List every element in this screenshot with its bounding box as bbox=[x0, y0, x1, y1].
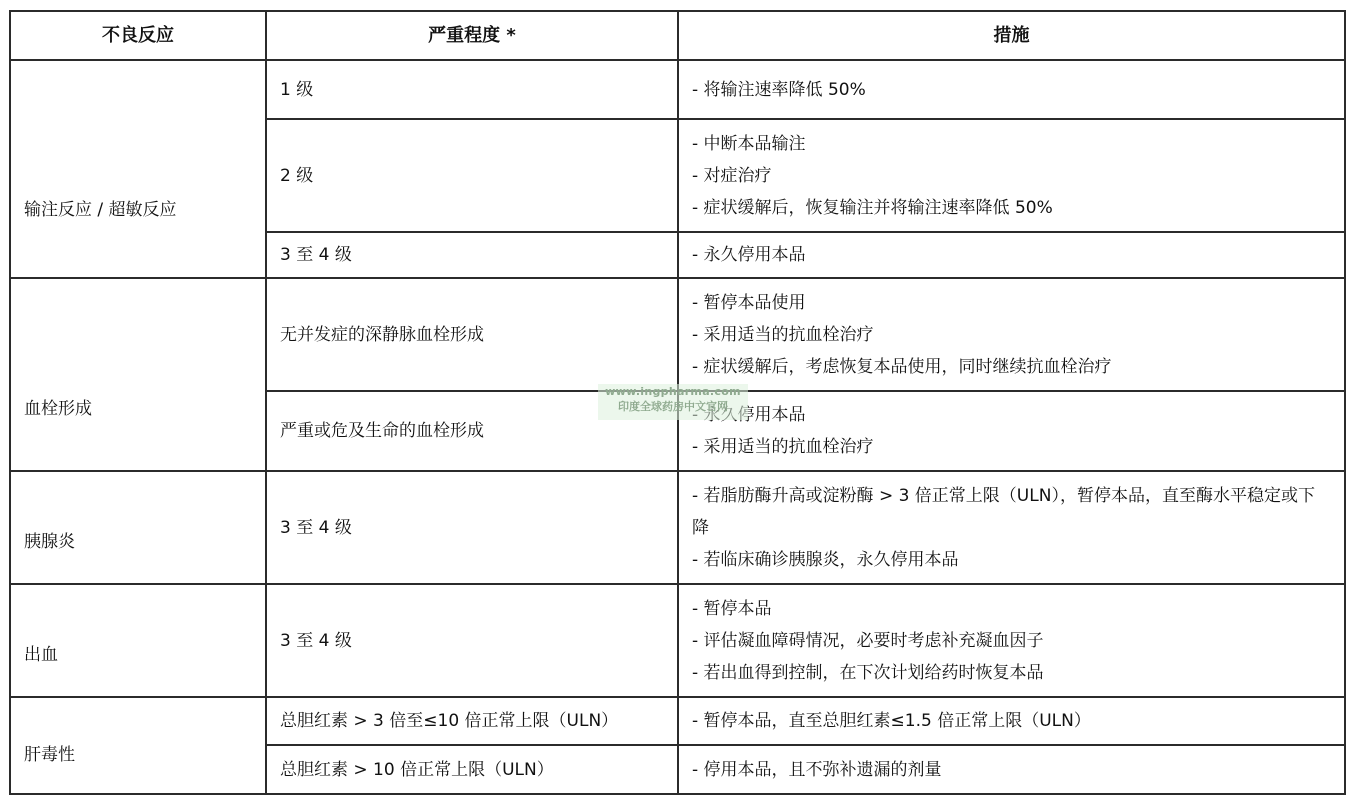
reaction-cell: 输注反应 / 超敏反应 bbox=[10, 60, 266, 278]
table-row: 肝毒性 总胆红素 > 3 倍至≤10 倍正常上限（ULN） - 暂停本品，直至总… bbox=[10, 697, 1345, 745]
reaction-label: 出血 bbox=[24, 639, 252, 671]
action-line: - 暂停本品，直至总胆红素≤1.5 倍正常上限（ULN） bbox=[692, 705, 1331, 737]
action-line: - 症状缓解后，考虑恢复本品使用，同时继续抗血栓治疗 bbox=[692, 351, 1331, 383]
action-line: - 症状缓解后，恢复输注并将输注速率降低 50% bbox=[692, 192, 1331, 224]
reaction-cell: 肝毒性 bbox=[10, 697, 266, 794]
action-line: - 将输注速率降低 50% bbox=[692, 74, 1331, 106]
severity-cell: 严重或危及生命的血栓形成 bbox=[266, 391, 678, 471]
reaction-label: 胰腺炎 bbox=[24, 526, 252, 558]
reaction-label: 输注反应 / 超敏反应 bbox=[24, 194, 252, 226]
severity-cell: 总胆红素 > 10 倍正常上限（ULN） bbox=[266, 745, 678, 794]
action-cell: - 停用本品，且不弥补遗漏的剂量 bbox=[678, 745, 1345, 794]
table-row: 胰腺炎 3 至 4 级 - 若脂肪酶升高或淀粉酶 > 3 倍正常上限（ULN），… bbox=[10, 471, 1345, 584]
action-cell: - 永久停用本品 - 采用适当的抗血栓治疗 bbox=[678, 391, 1345, 471]
severity-cell: 1 级 bbox=[266, 60, 678, 119]
table-row: 血栓形成 无并发症的深静脉血栓形成 - 暂停本品使用 - 采用适当的抗血栓治疗 … bbox=[10, 278, 1345, 391]
action-line: - 暂停本品使用 bbox=[692, 287, 1331, 319]
header-adverse-reaction: 不良反应 bbox=[10, 11, 266, 60]
action-line: - 若脂肪酶升高或淀粉酶 > 3 倍正常上限（ULN），暂停本品，直至酶水平稳定… bbox=[692, 480, 1331, 544]
table-row: 输注反应 / 超敏反应 1 级 - 将输注速率降低 50% bbox=[10, 60, 1345, 119]
severity-cell: 3 至 4 级 bbox=[266, 584, 678, 697]
severity-cell: 3 至 4 级 bbox=[266, 471, 678, 584]
action-line: - 永久停用本品 bbox=[692, 399, 1331, 431]
severity-cell: 无并发症的深静脉血栓形成 bbox=[266, 278, 678, 391]
action-cell: - 暂停本品使用 - 采用适当的抗血栓治疗 - 症状缓解后，考虑恢复本品使用，同… bbox=[678, 278, 1345, 391]
action-line: - 中断本品输注 bbox=[692, 128, 1331, 160]
table-header-row: 不良反应 严重程度 * 措施 bbox=[10, 11, 1345, 60]
action-line: - 采用适当的抗血栓治疗 bbox=[692, 319, 1331, 351]
action-line: - 若临床确诊胰腺炎，永久停用本品 bbox=[692, 544, 1331, 576]
action-line: - 对症治疗 bbox=[692, 160, 1331, 192]
table-row: 出血 3 至 4 级 - 暂停本品 - 评估凝血障碍情况，必要时考虑补充凝血因子… bbox=[10, 584, 1345, 697]
action-cell: - 中断本品输注 - 对症治疗 - 症状缓解后，恢复输注并将输注速率降低 50% bbox=[678, 119, 1345, 232]
header-measures: 措施 bbox=[678, 11, 1345, 60]
action-line: - 暂停本品 bbox=[692, 593, 1331, 625]
action-cell: - 若脂肪酶升高或淀粉酶 > 3 倍正常上限（ULN），暂停本品，直至酶水平稳定… bbox=[678, 471, 1345, 584]
header-severity: 严重程度 * bbox=[266, 11, 678, 60]
adverse-reaction-table: 不良反应 严重程度 * 措施 输注反应 / 超敏反应 1 级 - 将输注速率降低… bbox=[9, 10, 1346, 795]
action-cell: - 将输注速率降低 50% bbox=[678, 60, 1345, 119]
reaction-cell: 血栓形成 bbox=[10, 278, 266, 471]
reaction-label: 肝毒性 bbox=[24, 739, 252, 771]
action-cell: - 暂停本品，直至总胆红素≤1.5 倍正常上限（ULN） bbox=[678, 697, 1345, 745]
reaction-cell: 胰腺炎 bbox=[10, 471, 266, 584]
reaction-cell: 出血 bbox=[10, 584, 266, 697]
severity-cell: 3 至 4 级 bbox=[266, 232, 678, 278]
action-line: - 采用适当的抗血栓治疗 bbox=[692, 431, 1331, 463]
severity-cell: 总胆红素 > 3 倍至≤10 倍正常上限（ULN） bbox=[266, 697, 678, 745]
reaction-label: 血栓形成 bbox=[24, 393, 252, 425]
action-line: - 若出血得到控制，在下次计划给药时恢复本品 bbox=[692, 657, 1331, 689]
action-cell: - 永久停用本品 bbox=[678, 232, 1345, 278]
severity-cell: 2 级 bbox=[266, 119, 678, 232]
action-line: - 停用本品，且不弥补遗漏的剂量 bbox=[692, 754, 1331, 786]
action-cell: - 暂停本品 - 评估凝血障碍情况，必要时考虑补充凝血因子 - 若出血得到控制，… bbox=[678, 584, 1345, 697]
action-line: - 永久停用本品 bbox=[692, 239, 1331, 271]
action-line: - 评估凝血障碍情况，必要时考虑补充凝血因子 bbox=[692, 625, 1331, 657]
